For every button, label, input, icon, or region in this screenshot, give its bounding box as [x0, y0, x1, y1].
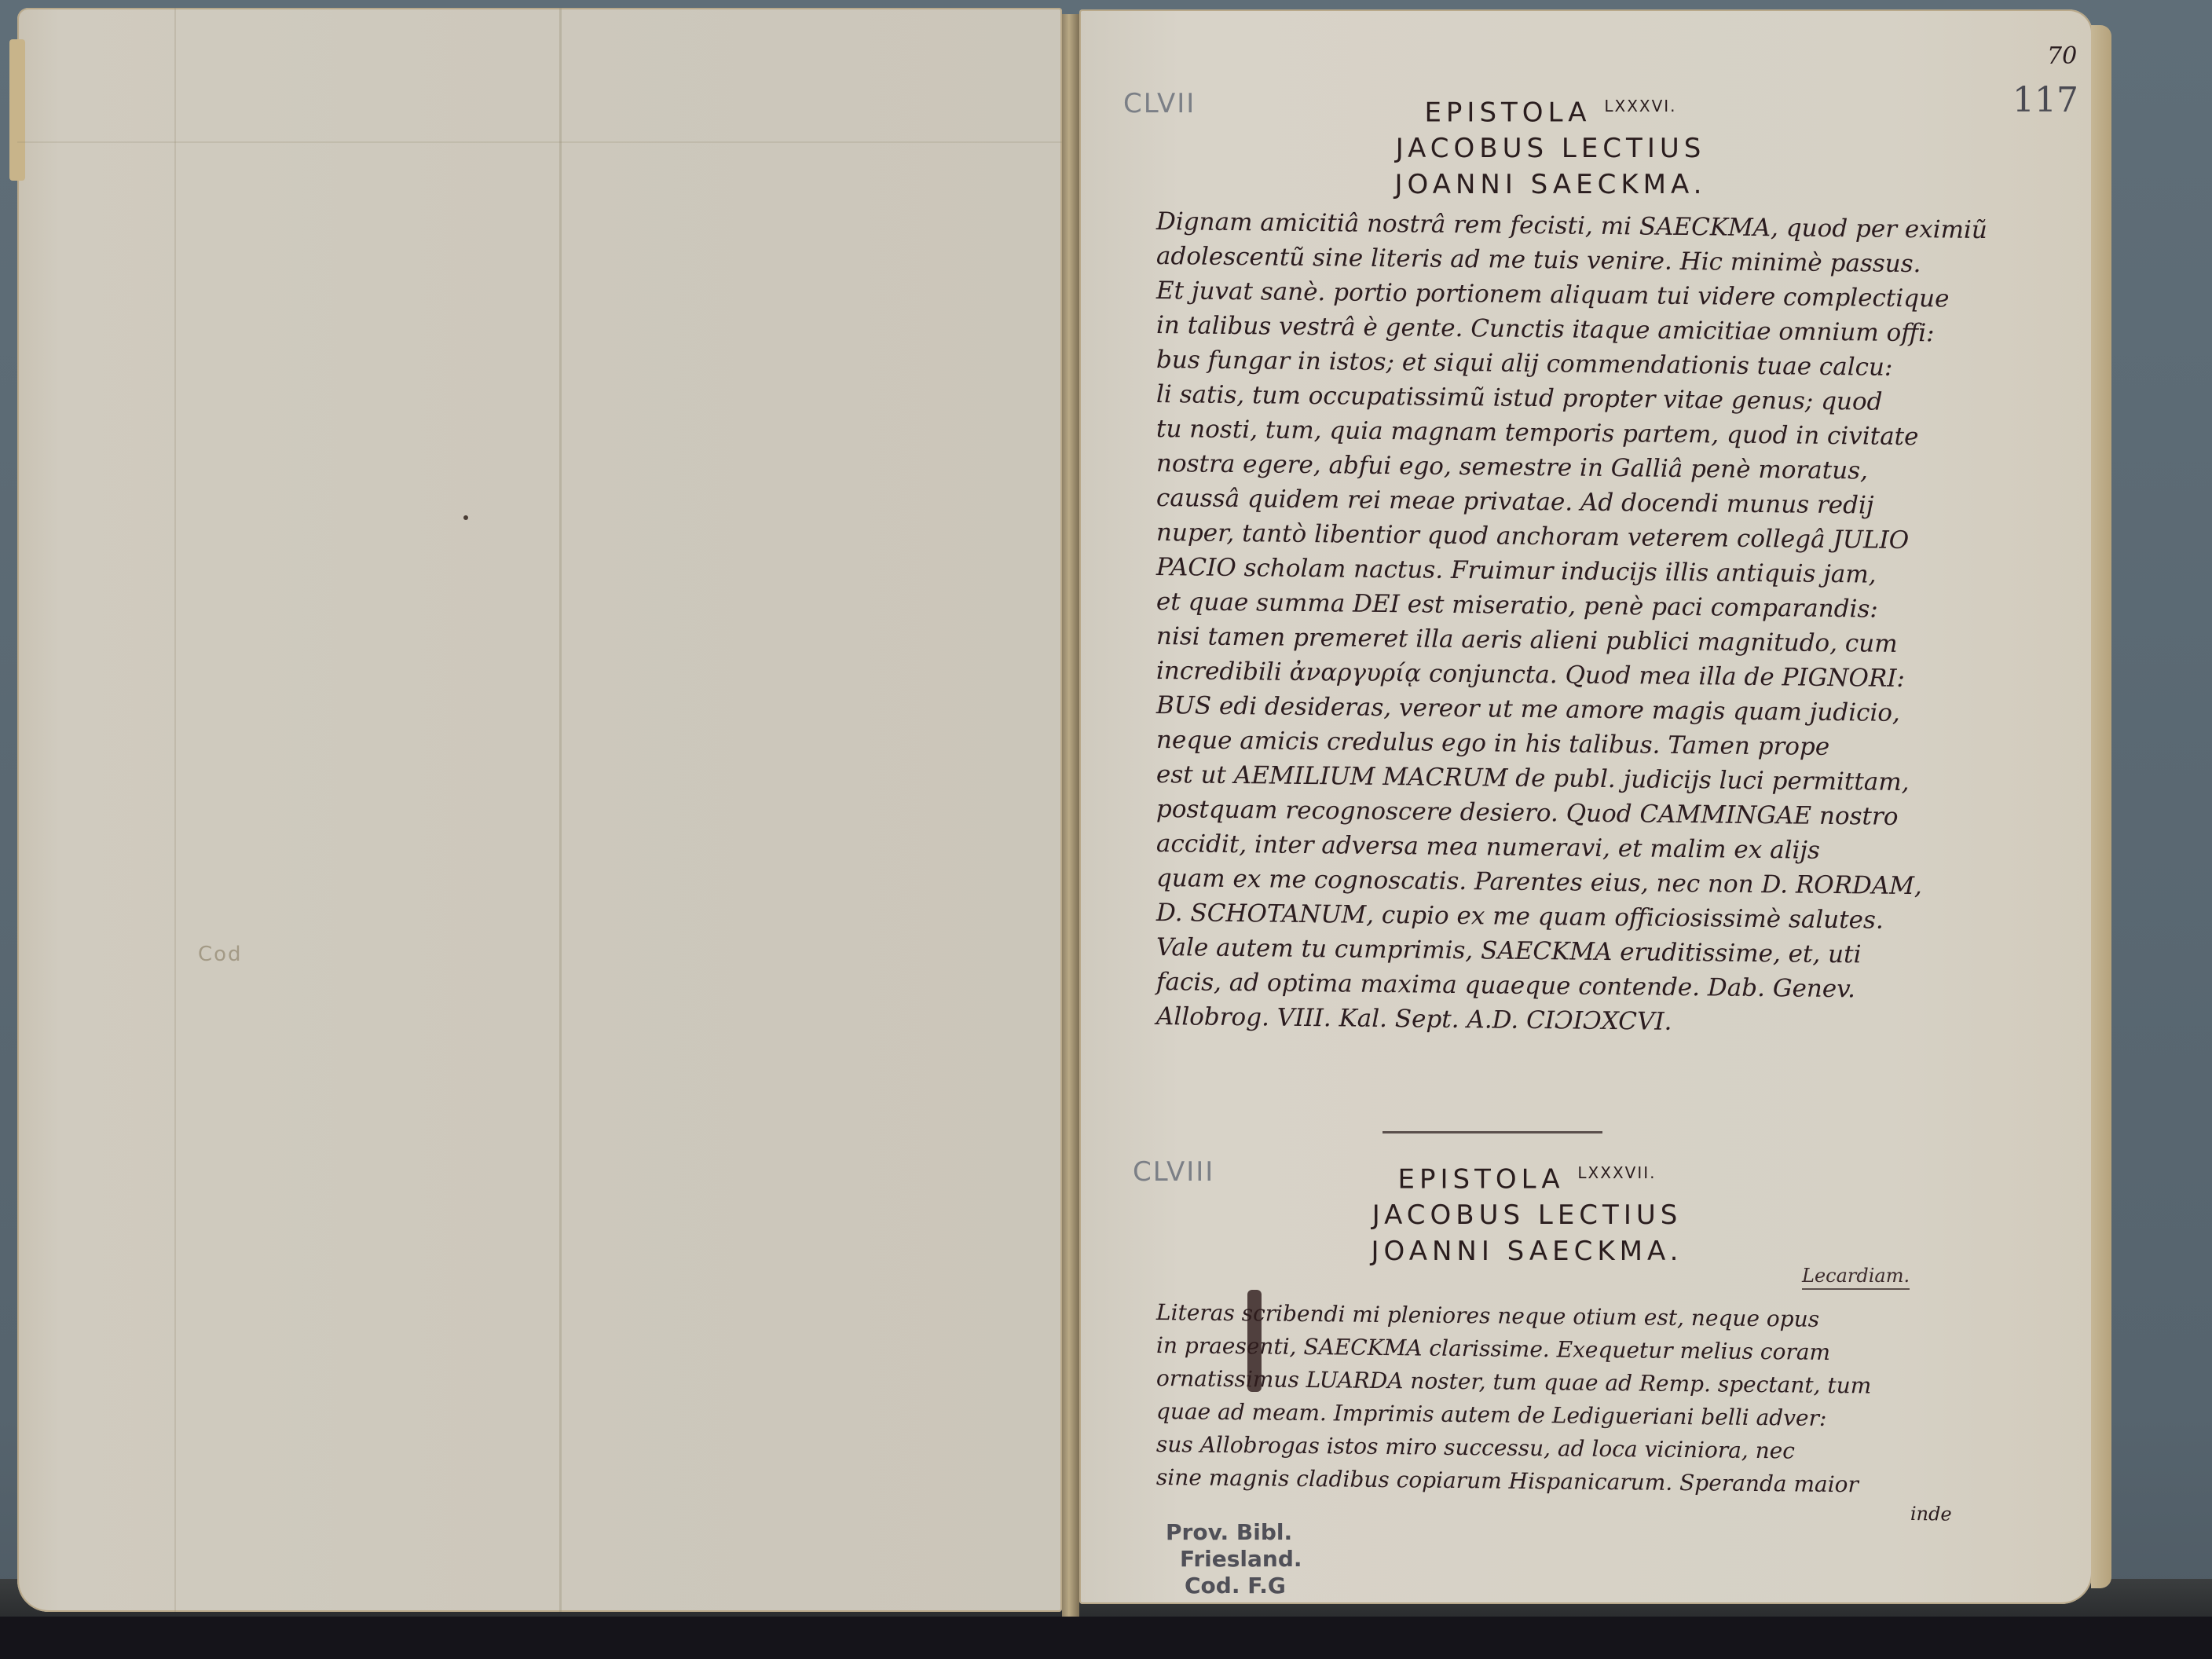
stamp-line-3: Cod. F.G [1166, 1573, 1302, 1599]
letter-1-title: EPISTOLA LXXXVI. [1331, 88, 1771, 130]
letter-1-sender: JACOBUS LECTIUS [1331, 130, 1771, 167]
letter-2-body: Literas scribendi mi pleniores neque oti… [1156, 1296, 2052, 1518]
left-page: Cod [17, 8, 1062, 1612]
letter-2-pencil-number: CLVIII [1133, 1156, 1214, 1188]
letter-1-pencil-number: CLVII [1123, 88, 1196, 119]
shelf-edge [0, 1617, 2212, 1659]
page-fold-line [17, 141, 1062, 143]
letter-2-title: EPISTOLA LXXXVII. [1307, 1155, 1747, 1197]
letter-1-body: Dignam amicitiâ nostrâ rem fecisti, mi S… [1156, 204, 2052, 1034]
page-fold-line [559, 8, 562, 1612]
letter-2-recipient: JOANNI SAECKMA. [1307, 1233, 1747, 1269]
folio-number-small: 70 [2047, 42, 2077, 70]
letter-divider [1382, 1131, 1602, 1133]
page-stub [9, 39, 25, 181]
folio-number: 117 [2012, 80, 2078, 120]
letter-1-heading: EPISTOLA LXXXVI. JACOBUS LECTIUS JOANNI … [1331, 88, 1771, 203]
library-stamp: Prov. Bibl. Friesland. Cod. F.G [1166, 1519, 1302, 1599]
page-edge [2091, 25, 2111, 1588]
stamp-line-1: Prov. Bibl. [1166, 1519, 1302, 1546]
faint-pencil-mark: Cod [198, 943, 243, 966]
stamp-line-2: Friesland. [1166, 1546, 1302, 1573]
ink-speck [463, 515, 468, 520]
marginal-note: Lecardiam. [1802, 1265, 1910, 1290]
book-gutter [1062, 14, 1079, 1617]
right-page: 70 117 CLVII EPISTOLA LXXXVI. JACOBUS LE… [1079, 9, 2093, 1604]
letter-1-recipient: JOANNI SAECKMA. [1331, 167, 1771, 203]
page-fold-line [174, 8, 176, 1612]
letter-2-sender: JACOBUS LECTIUS [1307, 1197, 1747, 1233]
letter-2-heading: EPISTOLA LXXXVII. JACOBUS LECTIUS JOANNI… [1307, 1155, 1747, 1269]
ink-blot [1247, 1290, 1262, 1392]
